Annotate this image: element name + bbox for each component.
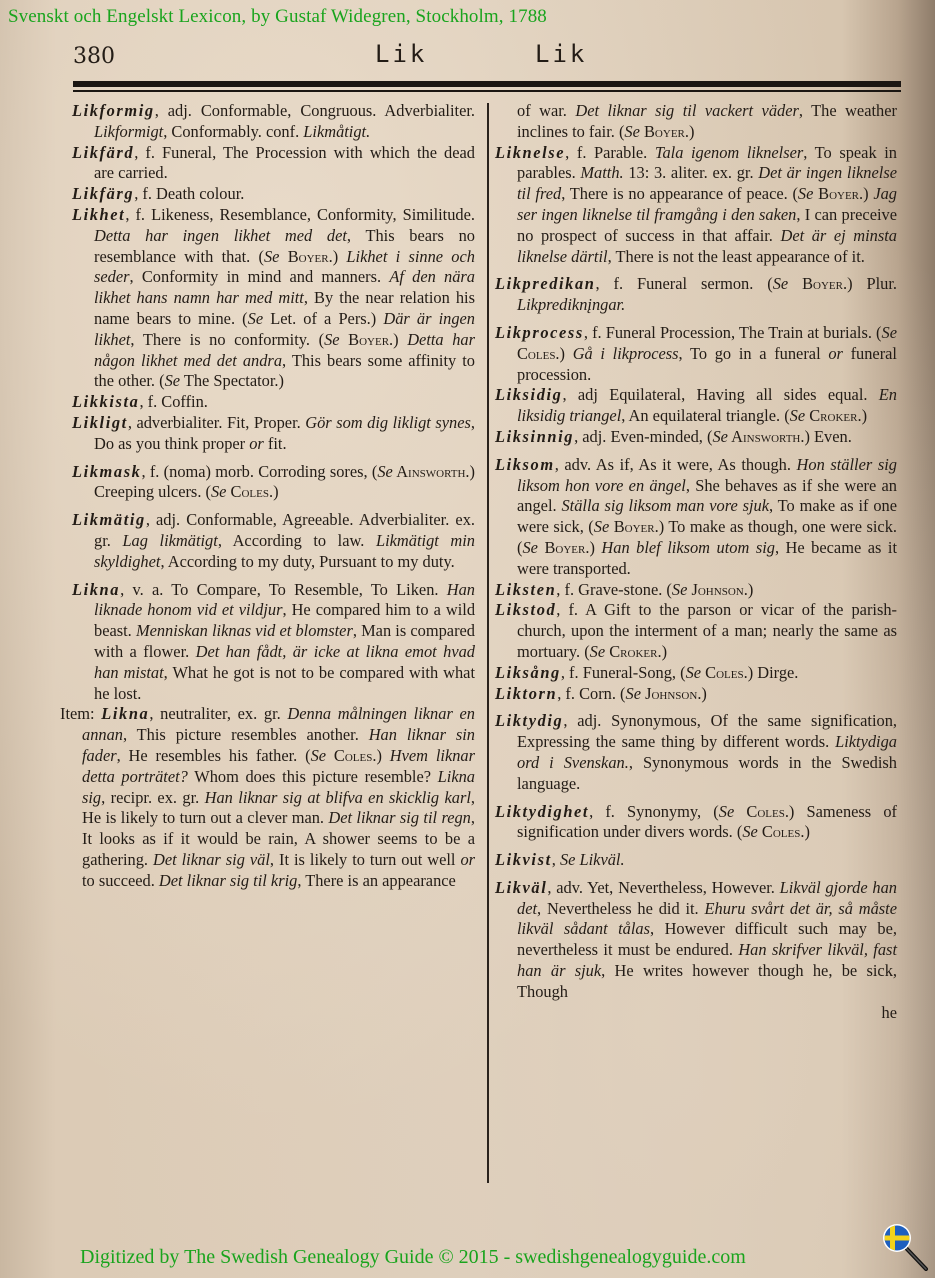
example: or	[249, 434, 264, 453]
definition: , neutraliter, ex. gr.	[149, 704, 287, 723]
definition: , f. A Gift to the parson or vicar of th…	[517, 600, 897, 661]
source: Ainsworth.	[393, 462, 470, 481]
definition: , According to my duty, Pursuant to my d…	[160, 552, 454, 571]
example: Ställa sig liksom man vore sjuk	[561, 496, 769, 515]
definition: , Conformity in mind and manners.	[130, 267, 390, 286]
example: Detta har ingen likhet med det	[94, 226, 347, 245]
definition: ) Dirge.	[748, 663, 799, 682]
see-ref: Se	[626, 684, 641, 703]
headword: Likstod	[495, 600, 556, 619]
definition: , f. Grave-stone. (	[556, 580, 672, 599]
example: Likformigt	[94, 122, 163, 141]
headword: Liksång	[495, 663, 561, 682]
example: Gör som dig likligt synes	[305, 413, 471, 432]
headword: Likligt	[72, 413, 128, 432]
see-ref: Se	[882, 323, 897, 342]
definition: )	[589, 538, 601, 557]
definition: , f. Death colour.	[134, 184, 244, 203]
headword: Likmätig	[72, 510, 146, 529]
entry-likligt: Likligt, adverbialiter. Fit, Proper. Gör…	[72, 413, 475, 455]
entry-liksidig: Liksidig, adj Equilateral, Having all si…	[495, 385, 897, 427]
headword: Likhet	[72, 205, 125, 224]
definition: , f. Parable.	[565, 143, 655, 162]
example: Det liknar sig til krig	[159, 871, 297, 890]
entry-likfarg: Likfärg, f. Death colour.	[72, 184, 475, 205]
running-head-right: Lik	[535, 40, 587, 68]
definition: Whom does this picture resemble?	[188, 767, 438, 786]
cross-reference: Se Likväl.	[560, 850, 625, 869]
top-watermark: Svenskt och Engelskt Lexicon, by Gustaf …	[8, 6, 547, 28]
headword: Likkista	[72, 392, 139, 411]
see-ref: Se	[377, 462, 392, 481]
definition: , f. Funeral, The Procession with which …	[94, 143, 475, 183]
definition: , Conformably. conf.	[163, 122, 303, 141]
example: Menniskan liknas vid et blomster	[136, 621, 353, 640]
definition: ) Even.	[804, 427, 851, 446]
entry-likmatig: Likmätig, adj. Conformable, Agreeable. A…	[72, 510, 475, 572]
definition: , There is no conformity. (	[130, 330, 324, 349]
definition: , f. Funeral Procession, The Train at bu…	[584, 323, 882, 342]
definition: )	[862, 406, 867, 425]
catchword: he	[495, 1003, 897, 1024]
definition: , adverbialiter. Fit, Proper.	[128, 413, 305, 432]
definition: , f. Corn. (	[557, 684, 625, 703]
header-rule-thin	[73, 90, 901, 92]
see-ref: Se	[165, 371, 180, 390]
see-ref: Se	[798, 184, 813, 203]
source: Boyer.	[813, 184, 863, 203]
source: Ainsworth.	[728, 427, 805, 446]
entry-likna-item: Item: Likna, neutraliter, ex. gr. Denna …	[60, 704, 475, 891]
example: Likprediknįngar.	[517, 295, 625, 314]
headword: Liknelse	[495, 143, 565, 162]
see-ref: Se	[522, 538, 537, 557]
definition: )	[393, 330, 407, 349]
entry-likformig: Likformig, adj. Conformable, Congruous. …	[72, 101, 475, 143]
example: Gå i likprocess	[573, 344, 679, 363]
headword: Likprocess	[495, 323, 584, 342]
headword: Likväl	[495, 878, 547, 897]
definition: Let. of a Pers.)	[263, 309, 383, 328]
entry-liksang: Liksång, f. Funeral-Song, (Se Coles.) Di…	[495, 663, 897, 684]
definition: )	[701, 684, 706, 703]
see-ref: Se	[264, 247, 279, 266]
headword: Liktydig	[495, 711, 563, 730]
definition: , There is no appearance of peace. (	[561, 184, 798, 203]
entry-likval: Likväl, adv. Yet, Nevertheless, However.…	[495, 878, 897, 1003]
entry-likfard: Likfärd, f. Funeral, The Procession with…	[72, 143, 475, 185]
entry-likprocess: Likprocess, f. Funeral Procession, The T…	[495, 323, 897, 385]
definition: , f. Likeness, Resemblance, Conformity, …	[125, 205, 475, 224]
see-ref: Se	[686, 663, 701, 682]
definition: , f. Funeral-Song, (	[561, 663, 686, 682]
example: or	[460, 850, 475, 869]
source: Boyer.	[609, 517, 658, 536]
entry-likstod: Likstod, f. A Gift to the parson or vica…	[495, 600, 897, 662]
see-ref: Se	[712, 427, 727, 446]
entry-likkista: Likkista, f. Coffin.	[72, 392, 475, 413]
headword: Likna	[101, 704, 149, 723]
header-rule-thick	[73, 81, 901, 87]
definition: )	[662, 642, 667, 661]
right-column: of war. Det liknar sig til vackert väder…	[495, 101, 897, 1023]
headword: Liksom	[495, 455, 555, 474]
headword: Likna	[72, 580, 120, 599]
definition: , v. a. To Compare, To Resemble, To Like…	[120, 580, 447, 599]
example: Det liknar sig til regn	[328, 808, 471, 827]
see-ref: Se	[742, 822, 757, 841]
headword: Liktydighet	[495, 802, 589, 821]
definition: , There is not the least appearance of i…	[608, 247, 865, 266]
entry-liksom: Liksom, adv. As if, As it were, As thoug…	[495, 455, 897, 580]
swedish-flag-magnifier-icon[interactable]	[880, 1221, 930, 1271]
see-ref: Se	[719, 802, 734, 821]
see-ref: Se	[773, 274, 788, 293]
entry-likmask: Likmask, f. (noma) morb. Corroding sores…	[72, 462, 475, 504]
example: or	[828, 344, 843, 363]
headword: Liksinnig	[495, 427, 574, 446]
definition: , adj Equilateral, Having all sides equa…	[562, 385, 878, 404]
definition: , According to law.	[218, 531, 376, 550]
definition: , adj. Even-minded, (	[574, 427, 712, 446]
definition: )	[804, 822, 809, 841]
definition: )	[376, 746, 389, 765]
example: Lag likmätigt	[122, 531, 217, 550]
headword: Likfärd	[72, 143, 134, 162]
source: Croker.	[605, 642, 661, 661]
definition: , adv. Yet, Nevertheless, However.	[547, 878, 779, 897]
running-head-left: Lik	[375, 40, 427, 68]
entry-liksinnig: Liksinnig, adj. Even-minded, (Se Ainswor…	[495, 427, 897, 448]
definition: to succeed.	[82, 871, 159, 890]
definition: 13: 3. aliter. ex. gr.	[624, 163, 759, 182]
entry-liktorn: Liktorn, f. Corn. (Se Johnson.)	[495, 684, 897, 705]
definition: , adj. Conformable, Congruous. Adverbial…	[155, 101, 475, 120]
source: Coles.	[226, 482, 273, 501]
left-column: Likformig, adj. Conformable, Congruous. …	[72, 101, 475, 891]
definition: , An equilateral triangle. (	[621, 406, 789, 425]
page-number: 380	[73, 44, 115, 69]
definition: , There is an appearance	[297, 871, 456, 890]
source: Coles.	[758, 822, 805, 841]
definition: fit.	[264, 434, 287, 453]
example: Han liknar sig at blifva en skicklig kar…	[205, 788, 471, 807]
entry-liktydig: Liktydig, adj. Synonymous, Of the same s…	[495, 711, 897, 794]
entry-liksten: Liksten, f. Grave-stone. (Se Johnson.)	[495, 580, 897, 601]
headword: Liksten	[495, 580, 556, 599]
definition: , He resembles his father. (	[117, 746, 311, 765]
definition: , adv. As if, As it were, As though.	[555, 455, 797, 474]
definition: )	[863, 184, 873, 203]
source: Johnson.	[687, 580, 747, 599]
entry-likhet: Likhet, f. Likeness, Resemblance, Confor…	[72, 205, 475, 392]
see-ref: Se	[211, 482, 226, 501]
source: Boyer.	[788, 274, 847, 293]
source: Boyer.	[538, 538, 589, 557]
definition: , It is likely to turn out well	[270, 850, 461, 869]
definition: )	[560, 344, 573, 363]
entry-likpredikan: Likpredikan, f. Funeral sermon. (Se Boye…	[495, 274, 897, 316]
entry-likna: Likna, v. a. To Compare, To Resemble, To…	[72, 580, 475, 705]
definition: ) Plur.	[847, 274, 897, 293]
definition: The Spectator.)	[180, 371, 284, 390]
headword: Likmask	[72, 462, 141, 481]
definition: , recipr. ex. gr.	[101, 788, 205, 807]
item-label: Item:	[60, 704, 101, 723]
entry-liktydighet: Liktydighet, f. Synonymy, (Se Coles.) Sa…	[495, 802, 897, 844]
source: Boyer.	[640, 122, 689, 141]
entry-likvist: Likvist, Se Likväl.	[495, 850, 897, 871]
definition: )	[689, 122, 694, 141]
source: Croker.	[805, 406, 861, 425]
entry-continuation: of war. Det liknar sig til vackert väder…	[495, 101, 897, 143]
headword: Likvist	[495, 850, 552, 869]
definition: )	[273, 482, 278, 501]
definition: )	[748, 580, 753, 599]
source: Coles.	[701, 663, 748, 682]
see-ref: Se	[594, 517, 609, 536]
see-ref: Se	[590, 642, 605, 661]
definition: , This picture resembles another.	[123, 725, 369, 744]
definition: , To go in a funeral	[679, 344, 829, 363]
headword: Liksidig	[495, 385, 562, 404]
definition: ,	[552, 850, 560, 869]
headword: Likfärg	[72, 184, 134, 203]
definition: , f. Synonymy, (	[589, 802, 719, 821]
headword: Liktorn	[495, 684, 557, 703]
see-ref: Se	[624, 122, 639, 141]
column-divider	[487, 103, 489, 1183]
definition: )	[333, 247, 347, 266]
see-ref: Se	[311, 746, 326, 765]
example: Han blef liksom utom sig	[601, 538, 775, 557]
definition: , f. Coffin.	[139, 392, 207, 411]
source: Johnson.	[641, 684, 701, 703]
source: Coles.	[734, 802, 789, 821]
source: Coles.	[326, 746, 376, 765]
example: Tala igenom liknelser	[655, 143, 803, 162]
headword: Likformig	[72, 101, 155, 120]
definition: , Nevertheless he did it.	[537, 899, 704, 918]
headword: Likpredikan	[495, 274, 595, 293]
source: Boyer.	[279, 247, 332, 266]
source: Coles.	[517, 344, 560, 363]
see-ref: Se	[672, 580, 687, 599]
definition: , f. Funeral sermon. (	[595, 274, 772, 293]
definition: of war.	[517, 101, 575, 120]
entry-liknelse: Liknelse, f. Parable. Tala igenom liknel…	[495, 143, 897, 268]
see-ref: Se	[248, 309, 263, 328]
example: Matth.	[580, 163, 623, 182]
source: Boyer.	[340, 330, 394, 349]
definition: , f. (noma) morb. Corroding sores, (	[141, 462, 377, 481]
see-ref: Se	[790, 406, 805, 425]
see-ref: Se	[324, 330, 339, 349]
example: Likmåtigt.	[303, 122, 370, 141]
example: Det liknar sig väl	[153, 850, 270, 869]
bottom-watermark: Digitized by The Swedish Genealogy Guide…	[80, 1246, 746, 1269]
example: Det liknar sig til vackert väder	[575, 101, 799, 120]
